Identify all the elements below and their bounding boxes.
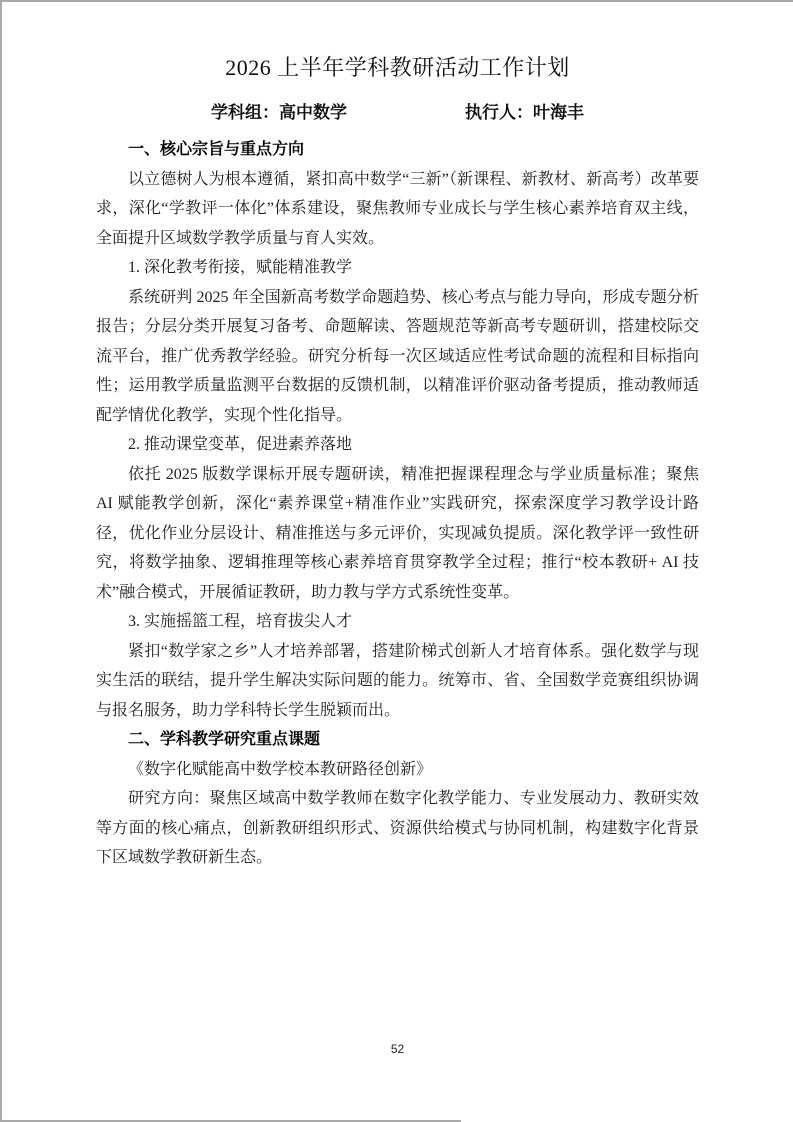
- paragraph: 《数字化赋能高中数学校本教研路径创新》: [96, 755, 699, 785]
- section-heading: 二、学科教学研究重点课题: [96, 725, 699, 755]
- paragraph: 系统研判 2025 年全国新高考数学命题趋势、核心考点与能力导向，形成专题分析报…: [96, 283, 699, 431]
- document-page: 2026 上半年学科教研活动工作计划 学科组：高中数学 执行人：叶海丰 一、核心…: [0, 0, 793, 1122]
- subject-group: 学科组：高中数学: [211, 100, 347, 126]
- document-title: 2026 上半年学科教研活动工作计划: [96, 52, 699, 84]
- section-heading: 一、核心宗旨与重点方向: [96, 135, 699, 165]
- document-body: 一、核心宗旨与重点方向以立德树人为根本遵循，紧扣高中数学“三新”（新课程、新教材…: [96, 135, 699, 873]
- numbered-subheading: 2. 推动课堂变革，促进素养落地: [96, 430, 699, 460]
- paragraph: 研究方向：聚焦区域高中数学教师在数字化教学能力、专业发展动力、教研实效等方面的核…: [96, 784, 699, 873]
- numbered-subheading: 3. 实施摇篮工程，培育拔尖人才: [96, 607, 699, 637]
- subject-group-value: 高中数学: [279, 103, 347, 122]
- paragraph: 紧扣“数学家之乡”人才培养部署，搭建阶梯式创新人才培育体系。强化数学与现实生活的…: [96, 637, 699, 726]
- executor-label: 执行人：: [465, 103, 533, 122]
- subject-group-label: 学科组：: [211, 103, 279, 122]
- document-meta: 学科组：高中数学 执行人：叶海丰: [96, 100, 699, 126]
- paragraph: 依托 2025 版数学课标开展专题研读，精准把握课程理念与学业质量标准；聚焦 A…: [96, 460, 699, 608]
- paragraph: 以立德树人为根本遵循，紧扣高中数学“三新”（新课程、新教材、新高考）改革要求，深…: [96, 165, 699, 254]
- numbered-subheading: 1. 深化教考衔接，赋能精准教学: [96, 253, 699, 283]
- page-number: 52: [2, 1042, 793, 1056]
- executor-value: 叶海丰: [533, 103, 584, 122]
- executor: 执行人：叶海丰: [465, 100, 584, 126]
